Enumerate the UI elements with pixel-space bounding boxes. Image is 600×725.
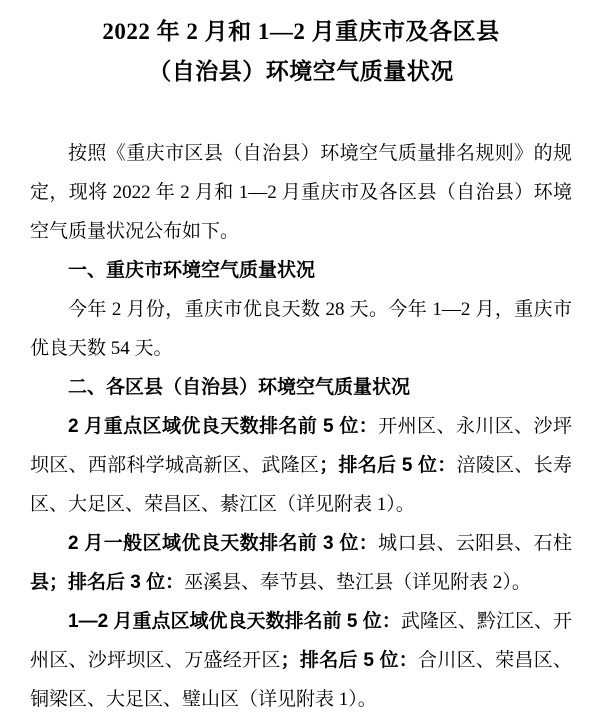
document-title: 2022 年 2 月和 1—2 月重庆市及各区县 （自治县）环境空气质量状况 [30, 12, 572, 92]
text-run: 巫溪县、奉节县、垫江县（详见附表 2）。 [184, 572, 531, 593]
section-2-heading: 二、各区县（自治县）环境空气质量状况 [30, 368, 572, 407]
paragraph-feb-key-areas-ranking: 2 月重点区域优良天数排名前 5 位：开州区、永川区、沙坪坝区、西部科学城高新区… [30, 407, 572, 524]
bold-text-run: 1—2 月重点区域优良天数排名前 5 位： [68, 611, 401, 632]
document-title-line-2: （自治县）环境空气质量状况 [30, 52, 572, 92]
paragraph-jan-feb-key-areas-ranking: 1—2 月重点区域优良天数排名前 5 位：武隆区、黔江区、开州区、沙坪坝区、万盛… [30, 602, 572, 719]
bold-text-run: ；排名后 5 位： [281, 650, 418, 671]
bold-text-run: ；排名后 5 位： [319, 455, 456, 476]
document-page: 2022 年 2 月和 1—2 月重庆市及各区县 （自治县）环境空气质量状况 按… [0, 0, 600, 725]
bold-text-run: 县；排名后 3 位： [30, 572, 184, 593]
intro-paragraph: 按照《重庆市区县（自治县）环境空气质量排名规则》的规定，现将 2022 年 2 … [30, 134, 572, 251]
section-1-paragraph: 今年 2 月份，重庆市优良天数 28 天。今年 1—2 月，重庆市优良天数 54… [30, 290, 572, 368]
section-1-heading: 一、重庆市环境空气质量状况 [30, 251, 572, 290]
paragraph-feb-general-areas-ranking: 2 月一般区域优良天数排名前 3 位：城口县、云阳县、石柱县；排名后 3 位：巫… [30, 524, 572, 602]
bold-text-run: 2 月重点区域优良天数排名前 5 位： [68, 416, 378, 437]
bold-text-run: 2 月一般区域优良天数排名前 3 位： [68, 533, 378, 554]
document-title-line-1: 2022 年 2 月和 1—2 月重庆市及各区县 [30, 12, 572, 52]
text-run: 城口县、云阳县、石柱 [378, 533, 572, 554]
